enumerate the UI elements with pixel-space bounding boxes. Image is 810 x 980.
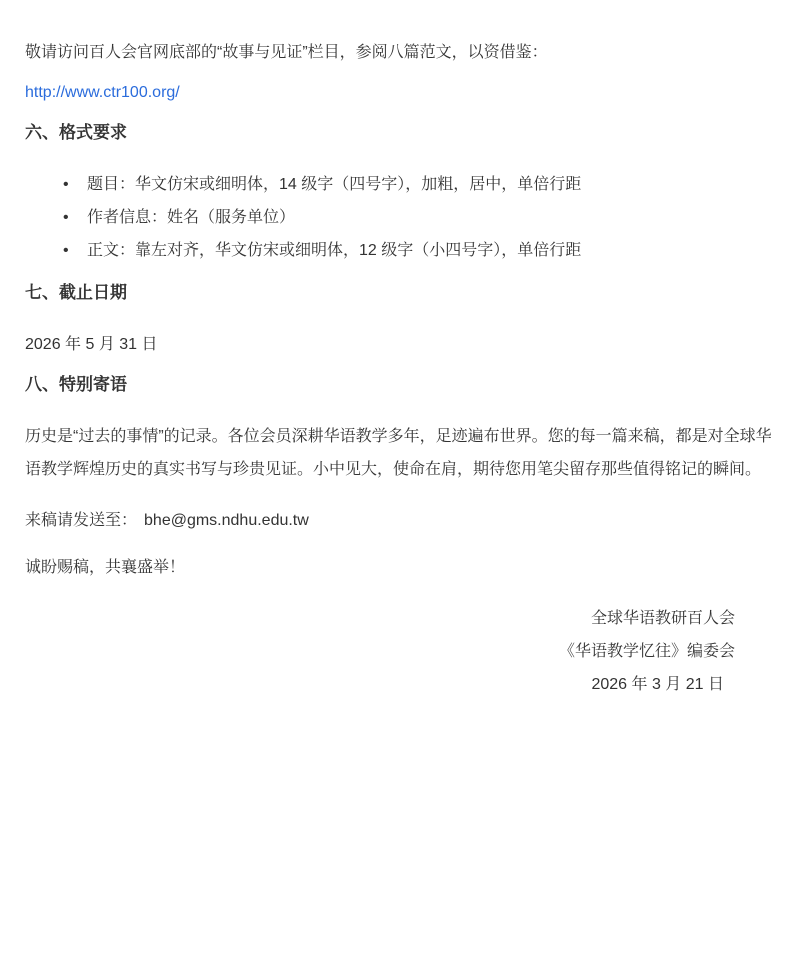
- list-item-title-format: 题目：华文仿宋或细明体，14 级字（四号字），加粗，居中，单倍行距: [25, 168, 786, 201]
- reference-link[interactable]: http://www.ctr100.org/: [25, 84, 180, 101]
- submission-email: bhe@gms.ndhu.edu.tw: [144, 512, 309, 529]
- reference-link-line: http://www.ctr100.org/: [25, 76, 786, 109]
- closing-line: 诚盼赐稿，共襄盛举！: [25, 551, 786, 584]
- list-item-body-format: 正文：靠左对齐，华文仿宋或细明体，12 级字（小四号字），单倍行距: [25, 234, 786, 267]
- list-item-author-format: 作者信息：姓名（服务单位）: [25, 201, 786, 234]
- submission-line: 来稿请发送至：bhe@gms.ndhu.edu.tw: [25, 504, 786, 537]
- deadline-date: 2026 年 5 月 31 日: [25, 328, 786, 361]
- submission-label: 来稿请发送至：: [25, 512, 137, 529]
- signature-org: 全球华语教研百人会: [25, 602, 786, 635]
- signature-date: 2026 年 3 月 21 日: [25, 668, 786, 701]
- format-requirements-list: 题目：华文仿宋或细明体，14 级字（四号字），加粗，居中，单倍行距 作者信息：姓…: [25, 168, 786, 267]
- section-heading-message: 八、特别寄语: [25, 368, 786, 401]
- section-heading-deadline: 七、截止日期: [25, 276, 786, 309]
- section-heading-format: 六、格式要求: [25, 116, 786, 149]
- document-body: 敬请访问百人会官网底部的“故事与见证”栏目，参阅八篇范文，以资借鉴： http:…: [0, 0, 810, 701]
- signature-committee: 《华语教学忆往》编委会: [25, 635, 786, 668]
- message-paragraph: 历史是“过去的事情”的记录。各位会员深耕华语教学多年，足迹遍布世界。您的每一篇来…: [25, 420, 786, 486]
- intro-line: 敬请访问百人会官网底部的“故事与见证”栏目，参阅八篇范文，以资借鉴：: [25, 36, 786, 69]
